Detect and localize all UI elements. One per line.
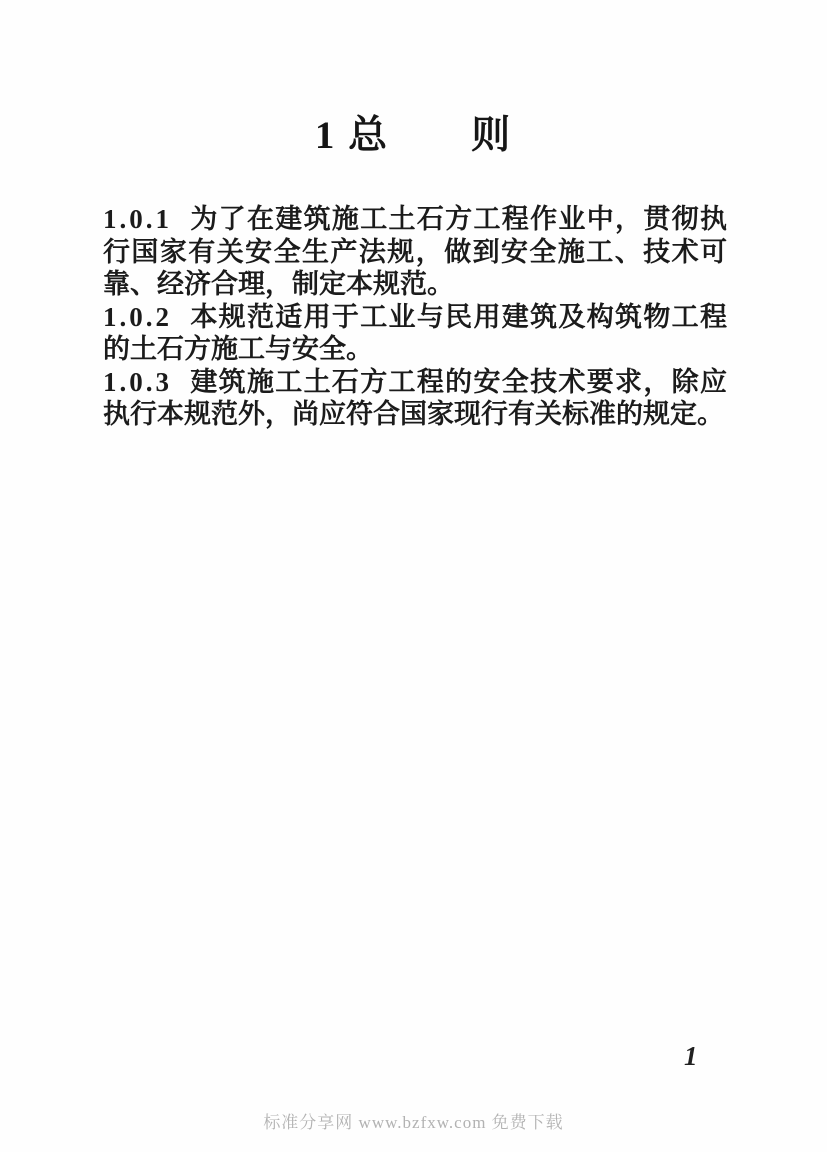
document-body: 1.0.1为了在建筑施工土石方工程作业中，贯彻执行国家有关安全生产法规，做到安全… [103,203,727,431]
clause-1-0-1: 1.0.1为了在建筑施工土石方工程作业中，贯彻执行国家有关安全生产法规，做到安全… [103,203,727,301]
clause-text: 建筑施工土石方工程的安全技术要求，除应执行本规范外，尚应符合国家现行有关标准的规… [103,367,727,430]
clause-number: 1.0.3 [103,367,189,397]
clause-1-0-2: 1.0.2本规范适用于工业与民用建筑及构筑物工程的土石方施工与安全。 [103,301,727,366]
chapter-title: 1 总 则 [0,112,827,160]
clause-text: 本规范适用于工业与民用建筑及构筑物工程的土石方施工与安全。 [103,302,727,365]
page-number: 1 [684,1040,698,1072]
footer-watermark: 标准分享网 www.bzfxw.com 免费下载 [0,1112,827,1134]
clause-1-0-3: 1.0.3建筑施工土石方工程的安全技术要求，除应执行本规范外，尚应符合国家现行有… [103,366,727,431]
document-page: 1 总 则 1.0.1为了在建筑施工土石方工程作业中，贯彻执行国家有关安全生产法… [0,0,827,1152]
clause-number: 1.0.1 [103,204,189,234]
clause-text: 为了在建筑施工土石方工程作业中，贯彻执行国家有关安全生产法规，做到安全施工、技术… [103,204,727,299]
clause-number: 1.0.2 [103,302,189,332]
